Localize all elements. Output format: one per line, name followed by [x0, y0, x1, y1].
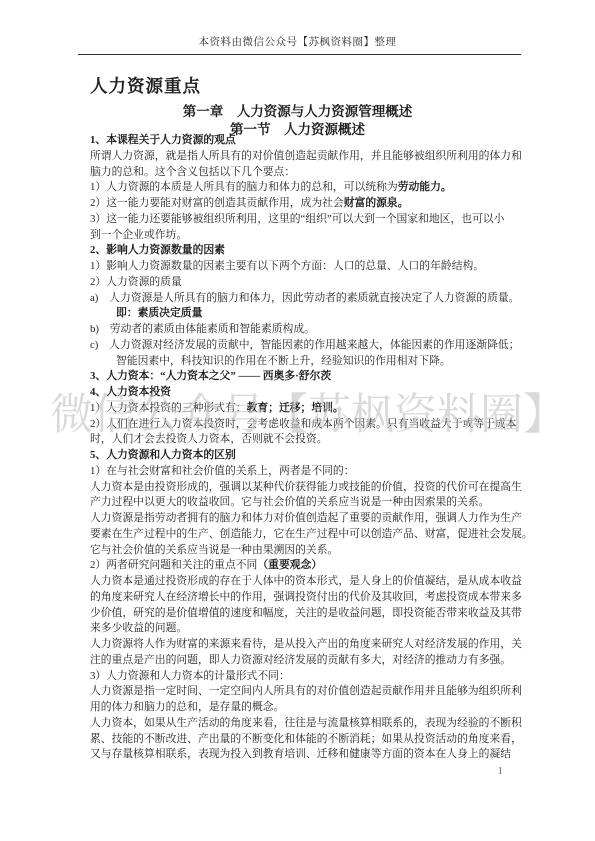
body-line: 少价值，研究的是价值增值的速度和幅度，关注的是收益问题，即投资能否带来收益及其带: [90, 606, 508, 622]
body-line: 2）人力资源的质量: [90, 275, 508, 291]
body-line: c) 人力资源对经济发展的贡献中，智能因素的作用越来越大，体能因素的作用逐渐降低…: [90, 338, 508, 354]
body-text: 2）这一能力要能对财富的创造其贡献作用，成为社会: [90, 197, 344, 209]
chapter-heading: 第一章 人力资源与人力资源管理概述: [0, 100, 595, 120]
body-line: 人力资本是通过投资形成的存在于人体中的资本形式，是人身上的价值凝结，是从成本收益: [90, 574, 508, 590]
body-text: 人力资源是指劳动者拥有的脑力和体力对价值创造起了重要的贡献作用，强调人力作为生产: [90, 512, 522, 524]
body-line: 2）两者研究问题和关注的重点不同（重要观念）: [90, 558, 508, 574]
body-line: 用的体力和脑力的总和，是存量的概念。: [90, 700, 508, 716]
body-text: 1）人力资本投资的三种形式有：: [90, 402, 247, 414]
page-number: 1: [498, 765, 504, 777]
body-text: b) 劳动者的素质由体能素质和智能素质构成。: [90, 323, 315, 335]
body-line: 1）影响人力资源数量的因素主要有以下两个方面：人口的总量、人口的年龄结构。: [90, 259, 508, 275]
body-text-bold: 5、人力资源和人力资本的区别: [90, 449, 236, 461]
body-line: 1）人力资源的本质是人所具有的脑力和体力的总和，可以统称为劳动能力。: [90, 180, 508, 196]
body-line: 人力资本是由投资形成的，强调以某种代价获得能力或技能的价值，投资的代价可在提高生: [90, 480, 508, 496]
body-text-bold: 教育；迁移；培训。: [247, 402, 344, 414]
body-text: 2）人力资源的质量: [90, 276, 182, 288]
body-line: 的角度来研究人在经济增长中的作用，强调投资付出的代价及其收回，考虑投资成本带来多: [90, 590, 508, 606]
body-line: 3）这一能力还要能够被组织所利用，这里的“组织”可以大到一个国家和地区，也可以小: [90, 212, 508, 228]
page-header-text: 本资料由微信公众号【苏枫资料圈】整理: [0, 36, 595, 50]
body-line: 3）人力资源和人力资本的计量形式不同：: [90, 669, 508, 685]
body-text: 产力过程中以更大的收益收回。它与社会价值的关系应当说是一种由因索果的关系。: [90, 496, 489, 508]
body-text: a) 人力资源是人所具有的脑力和体力，因此劳动者的素质就直接决定了人力资源的质量…: [90, 292, 519, 304]
body-text: 1）影响人力资源数量的因素主要有以下两个方面：人口的总量、人口的年龄结构。: [90, 260, 484, 272]
body-text: 人力资源是指一定时间、一定空间内人所具有的对价值创造起贡献作用并且能够为组织所利: [90, 685, 522, 697]
body-text: 时，人们才会去投资人力资本，否则就不会投资。: [90, 433, 328, 445]
document-body: 1、本课程关于人力资源的观点所谓人力资源，就是指人所具有的对价值创造起贡献作用，…: [90, 133, 508, 763]
body-text: 要素在生产过程中的生产、创造能力，它在生产过程中可以创造产品、财富，促进社会发展…: [90, 528, 533, 540]
document-title: 人力资源重点: [90, 73, 201, 98]
body-line: 2、影响人力资源数量的因素: [90, 243, 508, 259]
body-text: 累、技能的不断改进、产出量的不断变化和体能的不断消耗；如果从投资活动的角度来看，: [90, 733, 522, 745]
body-line: 1、本课程关于人力资源的观点: [90, 133, 508, 149]
body-line: 2）这一能力要能对财富的创造其贡献作用，成为社会财富的源泉。: [90, 196, 508, 212]
body-line: 要素在生产过程中的生产、创造能力，它在生产过程中可以创造产品、财富，促进社会发展…: [90, 527, 508, 543]
body-text: 它与社会价值的关系应当说是一种由果溯因的关系。: [90, 544, 338, 556]
body-text-bold: 3、人力资本：“人力资本之父” —— 西奥多·舒尔茨: [90, 370, 331, 382]
body-line: 2）人们在进行人力资本投资时，会考虑收益和成本两个因素。只有当收益大于或等于成本: [90, 417, 508, 433]
body-text: 3）这一能力还要能够被组织所利用，这里的“组织”可以大到一个国家和地区，也可以小: [90, 213, 504, 225]
body-text-bold: （重要观念）: [257, 559, 322, 571]
body-line: 3、人力资本：“人力资本之父” —— 西奥多·舒尔茨: [90, 369, 508, 385]
body-text: 少价值，研究的是价值增值的速度和幅度，关注的是收益问题，即投资能否带来收益及其带: [90, 607, 522, 619]
body-text: 2）两者研究问题和关注的重点不同: [90, 559, 257, 571]
document-page: 本资料由微信公众号【苏枫资料圈】整理 微信公众号【苏枫资料圈】 人力资源重点 第…: [0, 0, 595, 841]
body-text-bold: 劳动能力。: [398, 181, 452, 193]
body-line: 到一个企业或作坊。: [90, 228, 508, 244]
body-line: 时，人们才会去投资人力资本，否则就不会投资。: [90, 432, 508, 448]
body-text: 用的体力和脑力的总和，是存量的概念。: [90, 701, 284, 713]
body-text-bold: 4、人力资本投资: [90, 386, 171, 398]
body-line: 所谓人力资源，就是指人所具有的对价值创造起贡献作用，并且能够被组织所利用的体力和: [90, 149, 508, 165]
body-line: 1）人力资本投资的三种形式有：教育；迁移；培训。: [90, 401, 508, 417]
body-text: 所谓人力资源，就是指人所具有的对价值创造起贡献作用，并且能够被组织所利用的体力和: [90, 150, 522, 162]
body-text: 人力资本是由投资形成的，强调以某种代价获得能力或技能的价值，投资的代价可在提高生: [90, 481, 522, 493]
header-divider-line: [78, 54, 521, 55]
body-text-bold: 即：素质决定质量: [116, 307, 202, 319]
body-line: a) 人力资源是人所具有的脑力和体力，因此劳动者的素质就直接决定了人力资源的质量…: [90, 291, 508, 307]
body-text: 脑力的总和。这个含义包括以下几个要点：: [90, 166, 295, 178]
body-text: 人力资本是通过投资形成的存在于人体中的资本形式，是人身上的价值凝结，是从成本收益: [90, 575, 522, 587]
body-line: 产力过程中以更大的收益收回。它与社会价值的关系应当说是一种由因索果的关系。: [90, 495, 508, 511]
body-line: 它与社会价值的关系应当说是一种由果溯因的关系。: [90, 543, 508, 559]
body-text: 到一个企业或作坊。: [90, 229, 187, 241]
body-line: 5、人力资源和人力资本的区别: [90, 448, 508, 464]
body-line: b) 劳动者的素质由体能素质和智能素质构成。: [90, 322, 508, 338]
body-line: 又与存量核算相联系，表现为投入到教育培训、迁移和健康等方面的资本在人身上的凝结: [90, 747, 508, 763]
body-line: 人力资源将人作为财富的来源来看待，是从投入产出的角度来研究人对经济发展的作用，关: [90, 637, 508, 653]
body-line: 即：素质决定质量: [90, 306, 508, 322]
body-text: c) 人力资源对经济发展的贡献中，智能因素的作用越来越大，体能因素的作用逐渐降低…: [90, 339, 519, 351]
body-text: 1）在与社会财富和社会价值的关系上，两者是不同的：: [90, 465, 355, 477]
body-text: 1）人力资源的本质是人所具有的脑力和体力的总和，可以统称为: [90, 181, 398, 193]
body-text: 人力资源将人作为财富的来源来看待，是从投入产出的角度来研究人对经济发展的作用，关: [90, 638, 522, 650]
body-line: 来多少收益的问题。: [90, 621, 508, 637]
body-text-bold: 2、影响人力资源数量的因素: [90, 244, 225, 256]
body-line: 累、技能的不断改进、产出量的不断变化和体能的不断消耗；如果从投资活动的角度来看，: [90, 732, 508, 748]
body-text: 注的重点是产出的问题，即人力资源对经济发展的贡献有多大，对经济的推动力有多强。: [90, 654, 511, 666]
body-text: 的角度来研究人在经济增长中的作用，强调投资付出的代价及其收回，考虑投资成本带来多: [90, 591, 522, 603]
body-line: 人力资源是指劳动者拥有的脑力和体力对价值创造起了重要的贡献作用，强调人力作为生产: [90, 511, 508, 527]
body-line: 人力资本，如果从生产活动的角度来看，往往是与流量核算相联系的，表现为经验的不断积: [90, 716, 508, 732]
body-line: 脑力的总和。这个含义包括以下几个要点：: [90, 165, 508, 181]
body-line: 人力资源是指一定时间、一定空间内人所具有的对价值创造起贡献作用并且能够为组织所利: [90, 684, 508, 700]
body-text: 智能因素中，科技知识的作用在不断上升，经验知识的作用相对下降。: [116, 355, 451, 367]
body-line: 1）在与社会财富和社会价值的关系上，两者是不同的：: [90, 464, 508, 480]
body-line: 注的重点是产出的问题，即人力资源对经济发展的贡献有多大，对经济的推动力有多强。: [90, 653, 508, 669]
body-text-bold: 1、本课程关于人力资源的观点: [90, 134, 236, 146]
body-text: 人力资本，如果从生产活动的角度来看，往往是与流量核算相联系的，表现为经验的不断积: [90, 717, 522, 729]
body-text-bold: 财富的源泉。: [344, 197, 409, 209]
body-text: 又与存量核算相联系，表现为投入到教育培训、迁移和健康等方面的资本在人身上的凝结: [90, 748, 511, 760]
body-text: 来多少收益的问题。: [90, 622, 187, 634]
body-text: 2）人们在进行人力资本投资时，会考虑收益和成本两个因素。只有当收益大于或等于成本: [90, 418, 516, 430]
body-text: 3）人力资源和人力资本的计量形式不同：: [90, 670, 290, 682]
body-line: 智能因素中，科技知识的作用在不断上升，经验知识的作用相对下降。: [90, 354, 508, 370]
body-line: 4、人力资本投资: [90, 385, 508, 401]
